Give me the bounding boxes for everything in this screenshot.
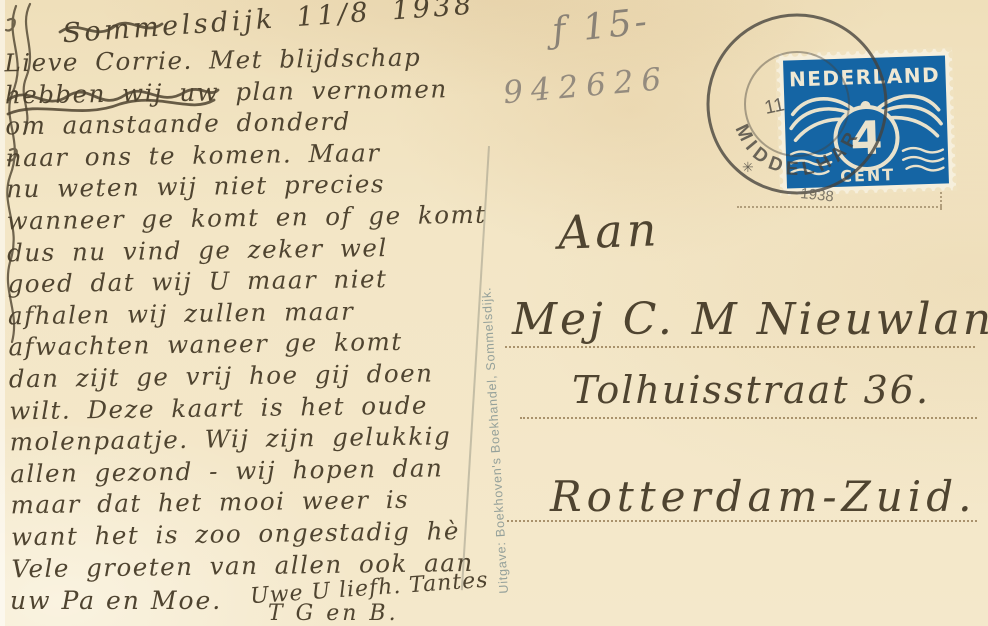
- postmark: MIDDELHAR 11 ✳ 1938: [700, 0, 900, 215]
- address-street: Tolhuisstraat 36.: [572, 368, 930, 412]
- address-recipient: Mej C. M Nieuwland: [512, 294, 988, 345]
- postmark-day: 11: [763, 94, 787, 119]
- postmark-year: 1938: [800, 185, 835, 205]
- dealer-number-mark: 942626: [502, 61, 671, 111]
- postmark-inner-ring: [745, 52, 849, 156]
- address-dotted-line: [520, 417, 977, 419]
- postcard-back: Sommelsdijk 11/8 1938 Lieve Corrie. Met …: [0, 0, 988, 626]
- message-body: Lieve Corrie. Met blijdschap hebben wij …: [4, 41, 497, 585]
- message-signature: T G en B.: [268, 601, 399, 626]
- dealer-price-mark: ƒ 15-: [550, 1, 652, 52]
- address-dotted-line: [505, 346, 975, 348]
- address-city: Rotterdam-Zuid.: [550, 472, 976, 521]
- message-last-line: uw Pa en Moe.: [10, 586, 222, 615]
- address-salutation: Aan: [557, 202, 661, 260]
- postmark-star-icon: ✳: [742, 160, 754, 176]
